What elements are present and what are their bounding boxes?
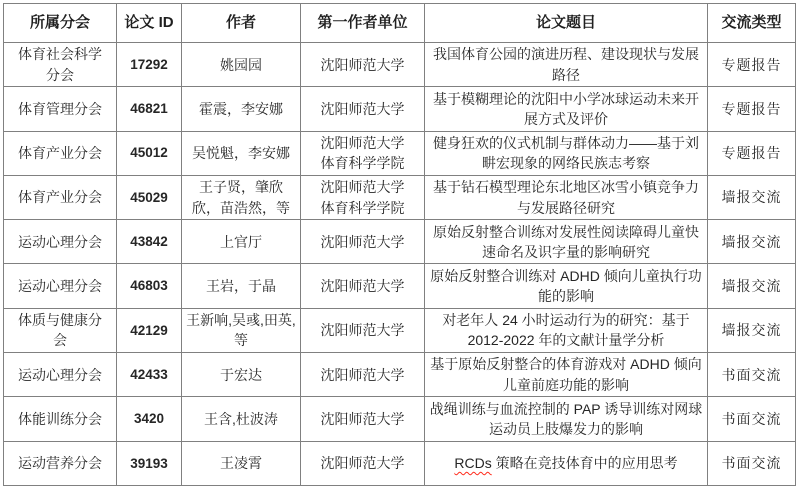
cell-branch: 体育社会科学分会 <box>4 43 117 87</box>
header-row: 所属分会 论文 ID 作者 第一作者单位 论文题目 交流类型 <box>4 4 796 43</box>
cell-affiliation: 沈阳师范大学 <box>301 220 425 264</box>
cell-authors: 王岩，于晶 <box>182 264 301 308</box>
cell-affiliation: 沈阳师范大学 <box>301 264 425 308</box>
table-row: 运动营养分会 39193 王凌霄 沈阳师范大学 RCDs 策略在竞技体育中的应用… <box>4 441 796 485</box>
cell-title: 健身狂欢的仪式机制与群体动力——基于刘畊宏现象的网络民族志考察 <box>425 131 708 175</box>
cell-branch: 运动心理分会 <box>4 264 117 308</box>
table-row: 体育产业分会 45029 王子贤，肇欣欣，苗浩然，等 沈阳师范大学体育科学学院 … <box>4 175 796 219</box>
cell-paper-id: 42129 <box>117 308 182 352</box>
table-row: 运动心理分会 42433 于宏达 沈阳师范大学 基于原始反射整合的体育游戏对 A… <box>4 353 796 397</box>
column-header-paper-id: 论文 ID <box>117 4 182 43</box>
cell-title: 基于模糊理论的沈阳中小学冰球运动未来开展方式及评价 <box>425 87 708 131</box>
cell-exchange-type: 书面交流 <box>708 353 796 397</box>
column-header-branch: 所属分会 <box>4 4 117 43</box>
column-header-affiliation: 第一作者单位 <box>301 4 425 43</box>
cell-title: 对老年人 24 小时运动行为的研究：基于 2012-2022 年的文献计量学分析 <box>425 308 708 352</box>
cell-branch: 体质与健康分会 <box>4 308 117 352</box>
cell-title: 战绳训练与血流控制的 PAP 诱导训练对网球运动员上肢爆发力的影响 <box>425 397 708 441</box>
cell-exchange-type: 专题报告 <box>708 43 796 87</box>
cell-affiliation: 沈阳师范大学 <box>301 87 425 131</box>
cell-branch: 运动心理分会 <box>4 353 117 397</box>
cell-paper-id: 46803 <box>117 264 182 308</box>
cell-authors: 王凌霄 <box>182 441 301 485</box>
cell-authors: 霍震，李安娜 <box>182 87 301 131</box>
papers-table: 所属分会 论文 ID 作者 第一作者单位 论文题目 交流类型 体育社会科学分会 … <box>3 3 796 486</box>
cell-affiliation: 沈阳师范大学 <box>301 397 425 441</box>
cell-branch: 体育管理分会 <box>4 87 117 131</box>
cell-affiliation: 沈阳师范大学体育科学学院 <box>301 131 425 175</box>
cell-title: 原始反射整合训练对发展性阅读障碍儿童快速命名及识字量的影响研究 <box>425 220 708 264</box>
cell-title: RCDs 策略在竞技体育中的应用思考 <box>425 441 708 485</box>
cell-affiliation: 沈阳师范大学 <box>301 43 425 87</box>
cell-exchange-type: 墙报交流 <box>708 220 796 264</box>
cell-authors: 姚园园 <box>182 43 301 87</box>
cell-affiliation: 沈阳师范大学体育科学学院 <box>301 175 425 219</box>
cell-title: 基于原始反射整合的体育游戏对 ADHD 倾向儿童前庭功能的影响 <box>425 353 708 397</box>
cell-paper-id: 17292 <box>117 43 182 87</box>
cell-affiliation: 沈阳师范大学 <box>301 353 425 397</box>
cell-affiliation: 沈阳师范大学 <box>301 308 425 352</box>
table-row: 体育管理分会 46821 霍震，李安娜 沈阳师范大学 基于模糊理论的沈阳中小学冰… <box>4 87 796 131</box>
cell-title: 基于钻石模型理论东北地区冰雪小镇竞争力与发展路径研究 <box>425 175 708 219</box>
cell-authors: 吴悦魁，李安娜 <box>182 131 301 175</box>
cell-affiliation: 沈阳师范大学 <box>301 441 425 485</box>
cell-title: 我国体育公园的演进历程、建设现状与发展路径 <box>425 43 708 87</box>
cell-branch: 体能训练分会 <box>4 397 117 441</box>
table-body: 体育社会科学分会 17292 姚园园 沈阳师范大学 我国体育公园的演进历程、建设… <box>4 43 796 486</box>
column-header-authors: 作者 <box>182 4 301 43</box>
table-header: 所属分会 论文 ID 作者 第一作者单位 论文题目 交流类型 <box>4 4 796 43</box>
cell-exchange-type: 书面交流 <box>708 397 796 441</box>
cell-authors: 王新响,吴彧,田英,等 <box>182 308 301 352</box>
table-row: 体育社会科学分会 17292 姚园园 沈阳师范大学 我国体育公园的演进历程、建设… <box>4 43 796 87</box>
cell-paper-id: 45012 <box>117 131 182 175</box>
column-header-title: 论文题目 <box>425 4 708 43</box>
cell-authors: 于宏达 <box>182 353 301 397</box>
document-page: 所属分会 论文 ID 作者 第一作者单位 论文题目 交流类型 体育社会科学分会 … <box>0 0 798 488</box>
cell-authors: 王含,杜波涛 <box>182 397 301 441</box>
cell-paper-id: 42433 <box>117 353 182 397</box>
column-header-exchange-type: 交流类型 <box>708 4 796 43</box>
cell-paper-id: 45029 <box>117 175 182 219</box>
cell-authors: 王子贤，肇欣欣，苗浩然，等 <box>182 175 301 219</box>
cell-branch: 运动心理分会 <box>4 220 117 264</box>
table-row: 体育产业分会 45012 吴悦魁，李安娜 沈阳师范大学体育科学学院 健身狂欢的仪… <box>4 131 796 175</box>
cell-paper-id: 3420 <box>117 397 182 441</box>
cell-branch: 体育产业分会 <box>4 131 117 175</box>
cell-branch: 运动营养分会 <box>4 441 117 485</box>
misspelled-word: RCDs <box>454 455 491 471</box>
table-row: 体质与健康分会 42129 王新响,吴彧,田英,等 沈阳师范大学 对老年人 24… <box>4 308 796 352</box>
cell-exchange-type: 专题报告 <box>708 87 796 131</box>
cell-paper-id: 43842 <box>117 220 182 264</box>
cell-branch: 体育产业分会 <box>4 175 117 219</box>
table-row: 运动心理分会 46803 王岩，于晶 沈阳师范大学 原始反射整合训练对 ADHD… <box>4 264 796 308</box>
table-row: 运动心理分会 43842 上官厅 沈阳师范大学 原始反射整合训练对发展性阅读障碍… <box>4 220 796 264</box>
cell-exchange-type: 墙报交流 <box>708 308 796 352</box>
cell-exchange-type: 专题报告 <box>708 131 796 175</box>
cell-exchange-type: 墙报交流 <box>708 264 796 308</box>
table-row: 体能训练分会 3420 王含,杜波涛 沈阳师范大学 战绳训练与血流控制的 PAP… <box>4 397 796 441</box>
cell-exchange-type: 书面交流 <box>708 441 796 485</box>
cell-paper-id: 39193 <box>117 441 182 485</box>
cell-paper-id: 46821 <box>117 87 182 131</box>
cell-exchange-type: 墙报交流 <box>708 175 796 219</box>
cell-title: 原始反射整合训练对 ADHD 倾向儿童执行功能的影响 <box>425 264 708 308</box>
cell-authors: 上官厅 <box>182 220 301 264</box>
